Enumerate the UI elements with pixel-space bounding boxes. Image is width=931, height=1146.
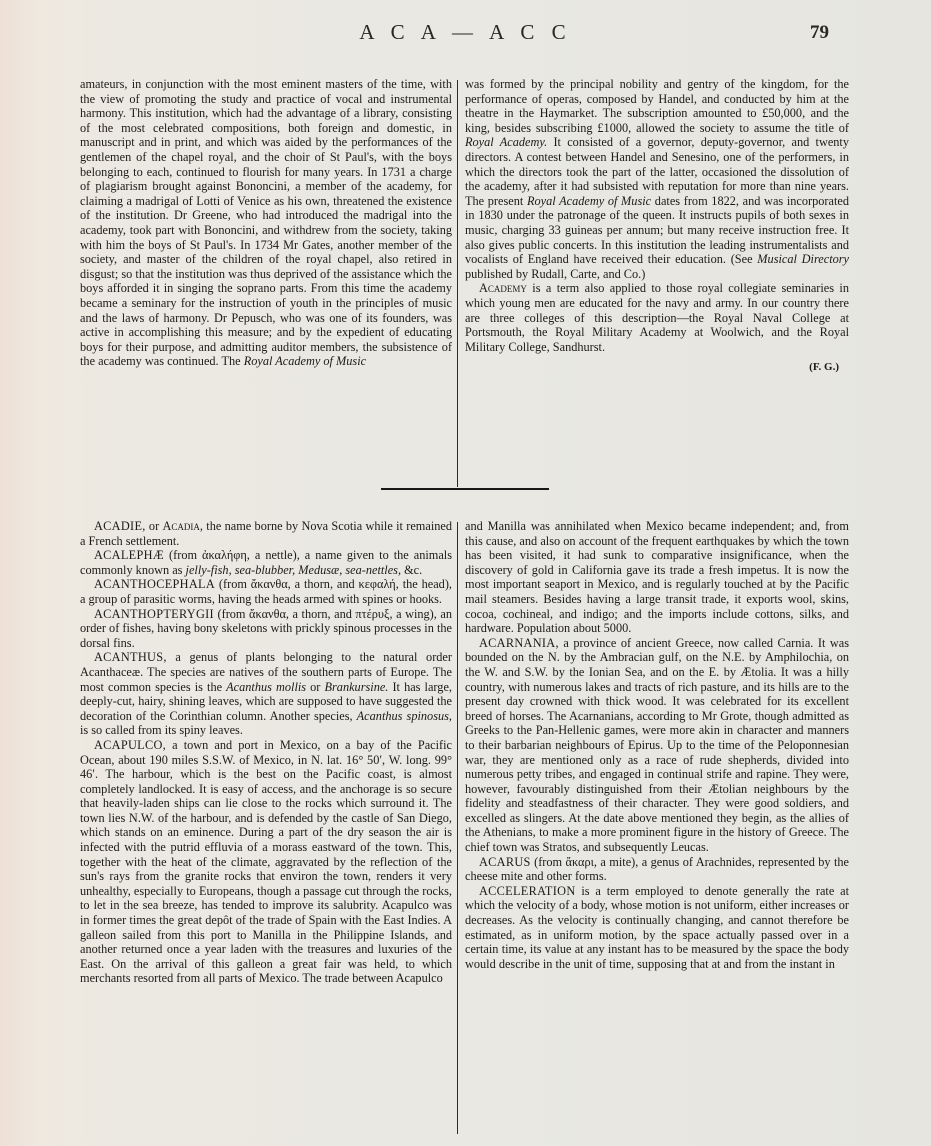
column-divider-bottom	[457, 522, 458, 1134]
running-head: A C A — A C C 79	[0, 20, 931, 50]
entry-headword: ACADIE,	[94, 519, 146, 533]
entry-acarnania: ACARNANIA, a province of ancient Greece,…	[465, 636, 849, 855]
entry-headword: ACALEPHÆ	[94, 548, 164, 562]
article-separator-rule	[381, 488, 549, 490]
entry-headword: ACARNANIA,	[479, 636, 559, 650]
entry-acanthocephala: ACANTHOCEPHALA (from ἄκανθα, a thorn, an…	[80, 577, 452, 606]
entry-headword: ACANTHOPTERYGII	[94, 607, 214, 621]
column-divider-top	[457, 80, 458, 487]
running-head-title: A C A — A C C	[0, 20, 931, 45]
top-left-column: amateurs, in conjunction with the most e…	[80, 77, 452, 369]
bottom-right-column: and Manilla was annihilated when Mexico …	[465, 519, 849, 971]
entry-headword: ACAPULCO,	[94, 738, 166, 752]
entry-acadie: ACADIE, or Acadia, the name borne by Nov…	[80, 519, 452, 548]
entry-acanthopterygii: ACANTHOPTERYGII (from ἄκανθα, a thorn, a…	[80, 607, 452, 651]
entry-headword: ACARUS	[479, 855, 531, 869]
encyclopedia-page: A C A — A C C 79 amateurs, in conjunctio…	[0, 0, 931, 1146]
entry-headword: ACANTHUS,	[94, 650, 167, 664]
academy-continuation-paragraph: amateurs, in conjunction with the most e…	[80, 77, 452, 369]
entry-acceleration: ACCELERATION is a term employed to denot…	[465, 884, 849, 972]
entry-acapulco: ACAPULCO, a town and port in Mexico, on …	[80, 738, 452, 986]
entry-headword: ACCELERATION	[479, 884, 576, 898]
entry-acalephæ: ACALEPHÆ (from ἀκαλήφη, a nettle), a nam…	[80, 548, 452, 577]
academy-collegiate-paragraph: Academy is a term also applied to those …	[465, 281, 849, 354]
entry-acarus: ACARUS (from ἄκαρι, a mite), a genus of …	[465, 855, 849, 884]
royal-academy-paragraph: was formed by the principal nobility and…	[465, 77, 849, 281]
author-signature: (F. G.)	[465, 360, 849, 375]
page-number: 79	[810, 22, 829, 44]
top-right-column: was formed by the principal nobility and…	[465, 77, 849, 375]
bottom-left-column: ACADIE, or Acadia, the name borne by Nov…	[80, 519, 452, 986]
acapulco-continuation-paragraph: and Manilla was annihilated when Mexico …	[465, 519, 849, 636]
entry-acanthus: ACANTHUS, a genus of plants belonging to…	[80, 650, 452, 738]
entry-headword: ACANTHOCEPHALA	[94, 577, 215, 591]
